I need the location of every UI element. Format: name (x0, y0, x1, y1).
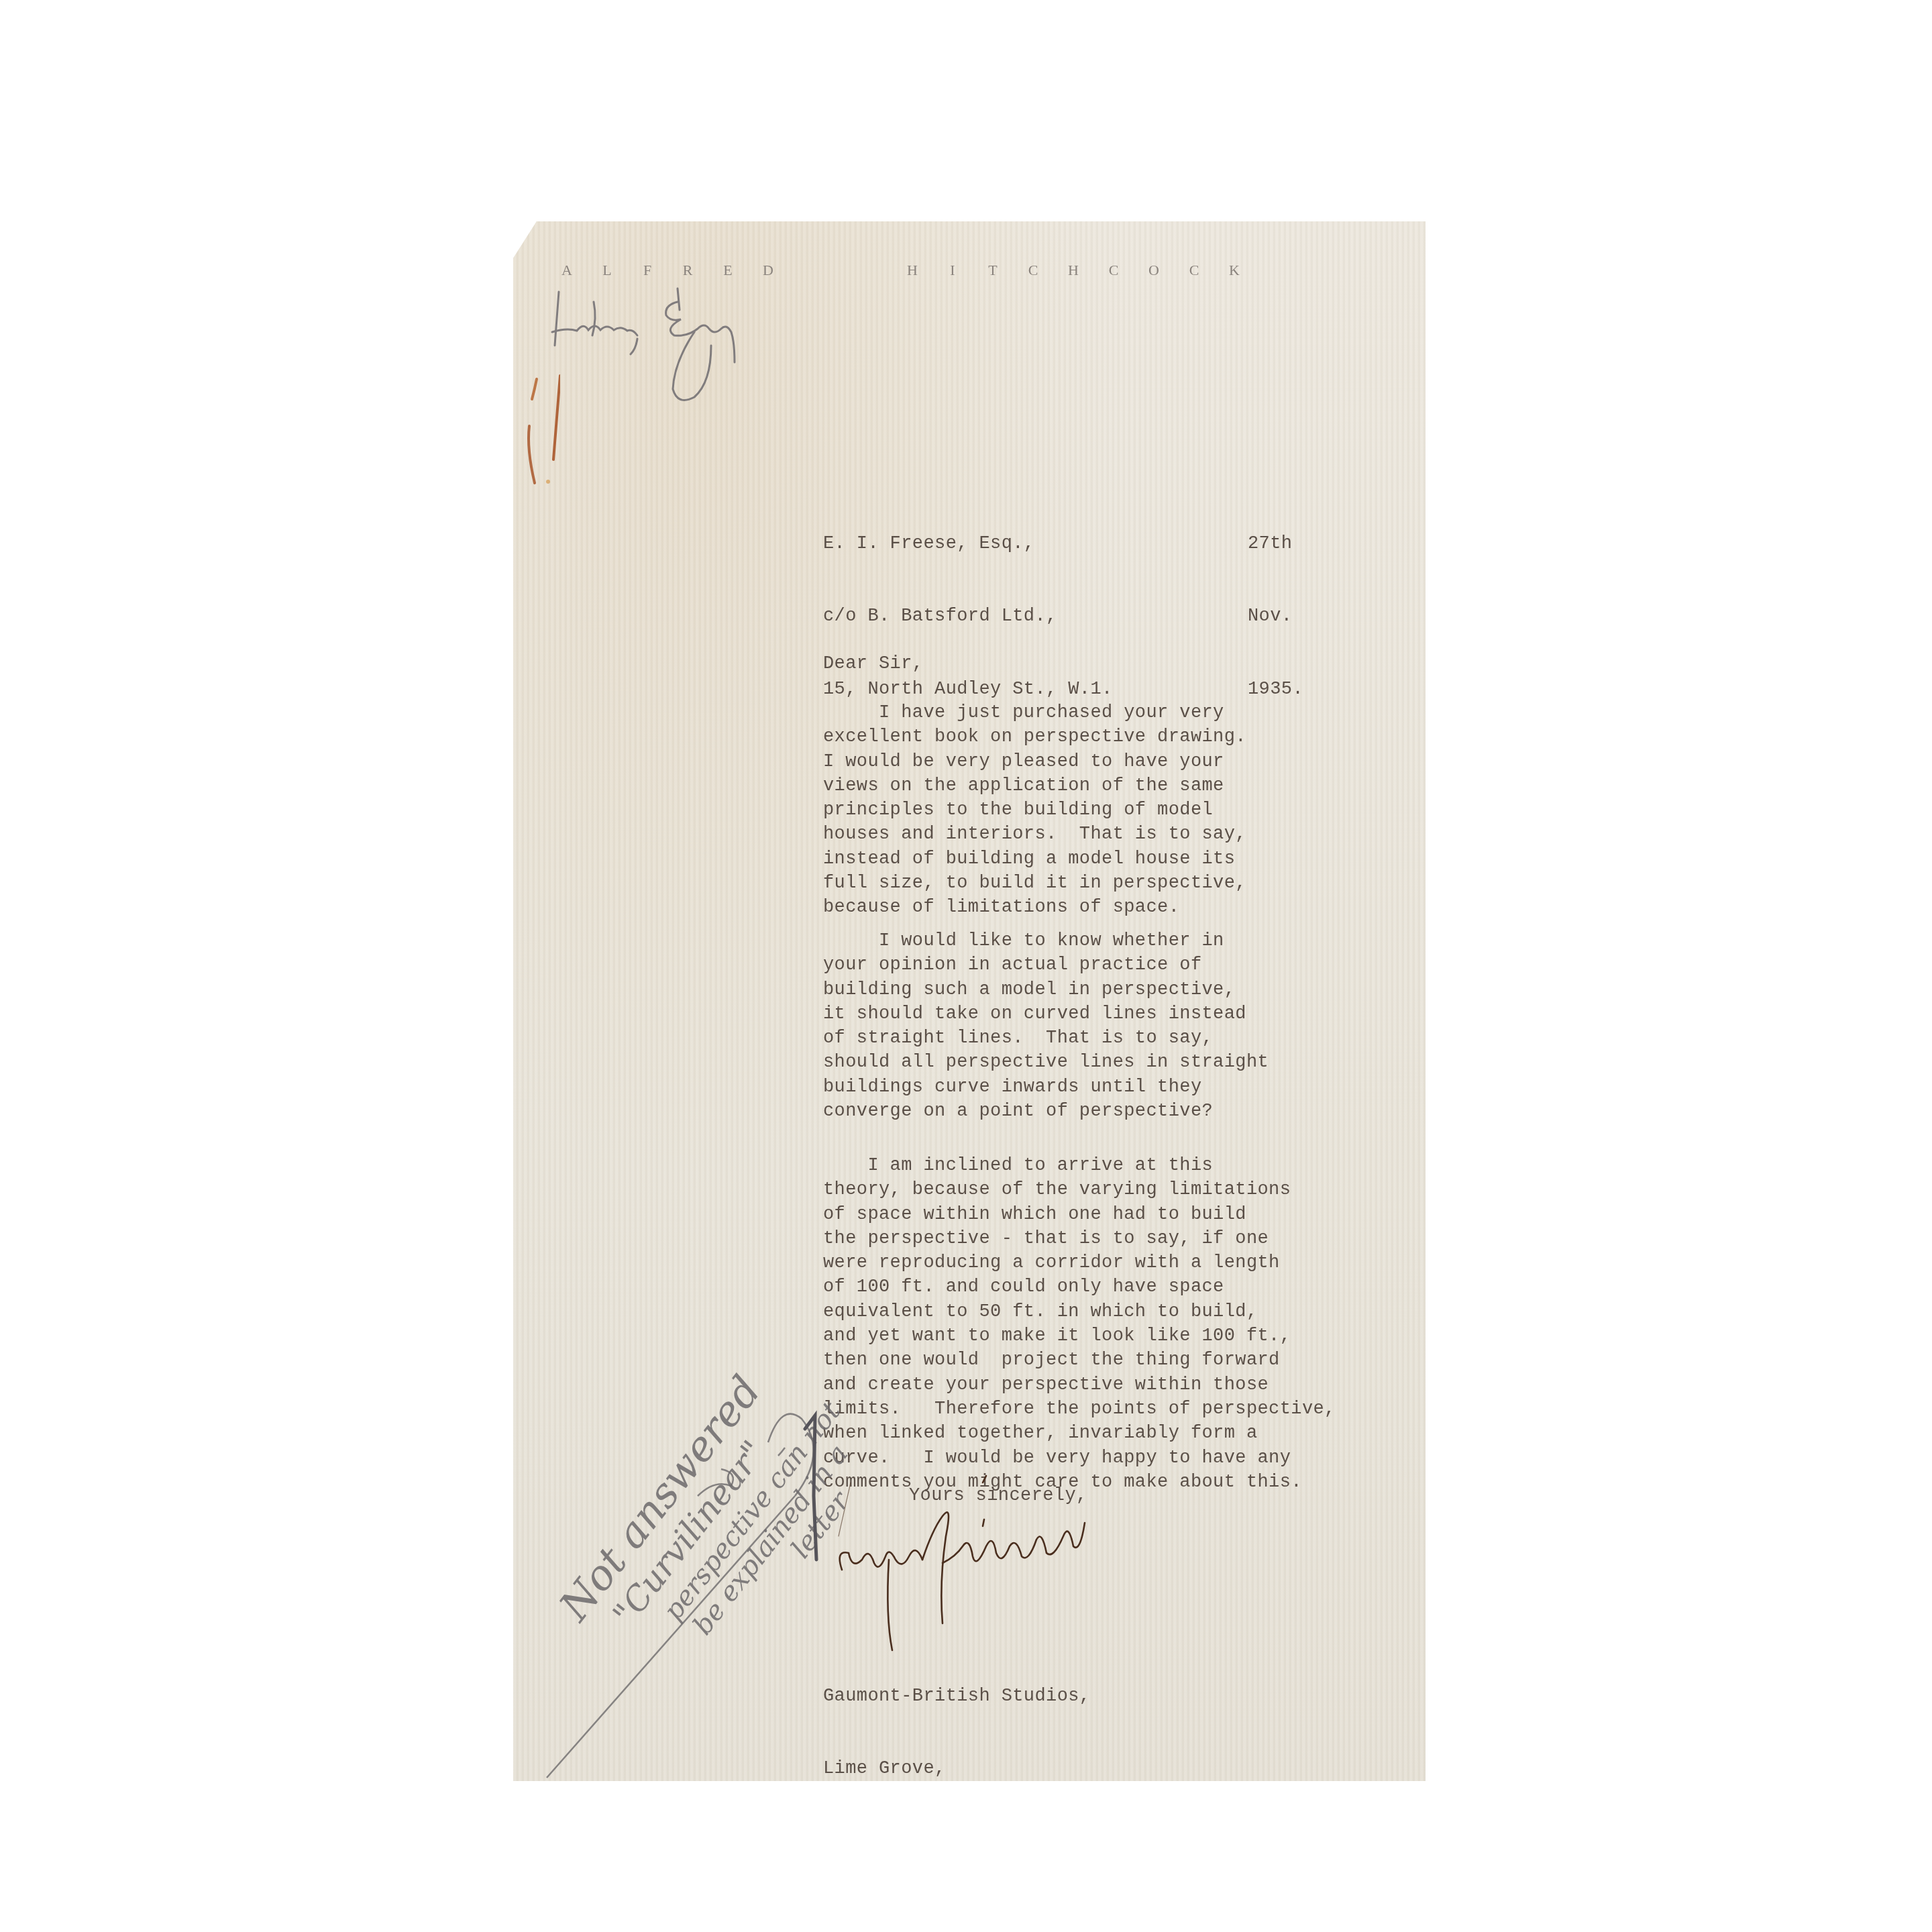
paragraph-line: I have just purchased your very (823, 701, 1246, 725)
letterhead-letter: D (748, 262, 788, 279)
paragraph-line: limits. Therefore the points of perspect… (823, 1397, 1336, 1421)
letterhead-first-name: ALFRED (547, 262, 788, 278)
paragraph-line: and create your perspective within those (823, 1373, 1336, 1397)
paragraph-line: building such a model in perspective, (823, 978, 1269, 1002)
letter-date: 27th Nov. 1935. (1248, 483, 1303, 751)
paragraph-line: excellent book on perspective drawing. (823, 725, 1246, 749)
annotation-line: "Curvilinear" (605, 1434, 773, 1633)
return-address-line: Gaumont-British Studios, (823, 1684, 1090, 1709)
paragraph-line: of 100 ft. and could only have space (823, 1275, 1336, 1299)
paragraph-line: because of limitations of space. (823, 896, 1246, 920)
paragraph-line: houses and interiors. That is to say, (823, 822, 1246, 847)
paragraph-line: then one would project the thing forward (823, 1348, 1336, 1373)
paragraph-line: and yet want to make it look like 100 ft… (823, 1324, 1336, 1348)
date-month: Nov. (1248, 604, 1303, 629)
paragraph-2: I would like to know whether inyour opin… (823, 929, 1269, 1124)
letterhead-letter: H (892, 262, 932, 279)
paragraph-line: the perspective - that is to say, if one (823, 1227, 1336, 1251)
paragraph-line: full size, to build it in perspective, (823, 871, 1246, 896)
letterhead-letter: C (1174, 262, 1214, 279)
pencil-underline (533, 1414, 814, 1781)
paragraph-line: when linked together, invariably form a (823, 1421, 1336, 1446)
annotation-line: Not answered (549, 1366, 770, 1631)
paragraph-line: instead of building a model house its (823, 847, 1246, 871)
letterhead: ALFREDHITCHCOCK (547, 262, 1254, 279)
pencil-header-note (552, 288, 735, 400)
letterhead-letter: R (667, 262, 708, 279)
letterhead-last-name: HITCHCOCK (892, 262, 1254, 278)
letter-paper: ALFREDHITCHCOCK E. I. Freese, Esq., c/o … (513, 221, 1426, 1781)
paragraph-line: buildings curve inwards until they (823, 1075, 1269, 1099)
letterhead-letter: E (708, 262, 748, 279)
annotation-line: letter (786, 1485, 857, 1564)
closing: Yours sincerely, (909, 1484, 1087, 1508)
letterhead-letter: K (1214, 262, 1254, 279)
return-address-line: Lime Grove, (823, 1757, 1090, 1781)
annotation-line: perspective can not (657, 1396, 847, 1627)
letterhead-letter: H (1053, 262, 1093, 279)
letterhead-letter: A (547, 262, 587, 279)
paragraph-line: principles to the building of model (823, 798, 1246, 822)
paragraph-line: your opinion in actual practice of (823, 953, 1269, 977)
letterhead-letter: C (1093, 262, 1134, 279)
paragraph-line: should all perspective lines in straight (823, 1051, 1269, 1075)
paragraph-line: of space within which one had to build (823, 1203, 1336, 1227)
paragraph-line: equivalent to 50 ft. in which to build, (823, 1300, 1336, 1324)
pencil-mark (805, 1415, 816, 1560)
return-address: Gaumont-British Studios, Lime Grove, She… (823, 1635, 1090, 1903)
letterhead-letter: O (1134, 262, 1174, 279)
paragraph-line: theory, because of the varying limitatio… (823, 1178, 1336, 1202)
paragraph-1: I have just purchased your veryexcellent… (823, 701, 1246, 920)
letterhead-letter: C (1013, 262, 1053, 279)
date-year: 1935. (1248, 678, 1303, 702)
return-address-line: Shepherd's Bush, W. (823, 1830, 1090, 1854)
paragraph-line: curve. I would be very happy to have any (823, 1446, 1336, 1470)
recipient-line: E. I. Freese, Esq., (823, 532, 1113, 556)
letterhead-letter: I (932, 262, 973, 279)
paragraph-line: of straight lines. That is to say, (823, 1026, 1269, 1051)
letterhead-letter: L (587, 262, 627, 279)
letterhead-letter: F (627, 262, 667, 279)
paragraph-line: I would like to know whether in (823, 929, 1269, 953)
salutation: Dear Sir, (823, 652, 923, 676)
paragraph-line: converge on a point of perspective? (823, 1099, 1269, 1124)
paragraph-3: I am inclined to arrive at thistheory, b… (823, 1154, 1336, 1495)
paragraph-line: it should take on curved lines instead (823, 1002, 1269, 1026)
rust-stain (520, 349, 560, 496)
recipient-line: 15, North Audley St., W.1. (823, 678, 1113, 702)
paragraph-line: I would be very pleased to have your (823, 750, 1246, 774)
date-day: 27th (1248, 532, 1303, 556)
paragraph-line: views on the application of the same (823, 774, 1246, 798)
paragraph-line: were reproducing a corridor with a lengt… (823, 1251, 1336, 1275)
recipient-line: c/o B. Batsford Ltd., (823, 604, 1113, 629)
paragraph-line: I am inclined to arrive at this (823, 1154, 1336, 1178)
letterhead-letter: T (973, 262, 1013, 279)
